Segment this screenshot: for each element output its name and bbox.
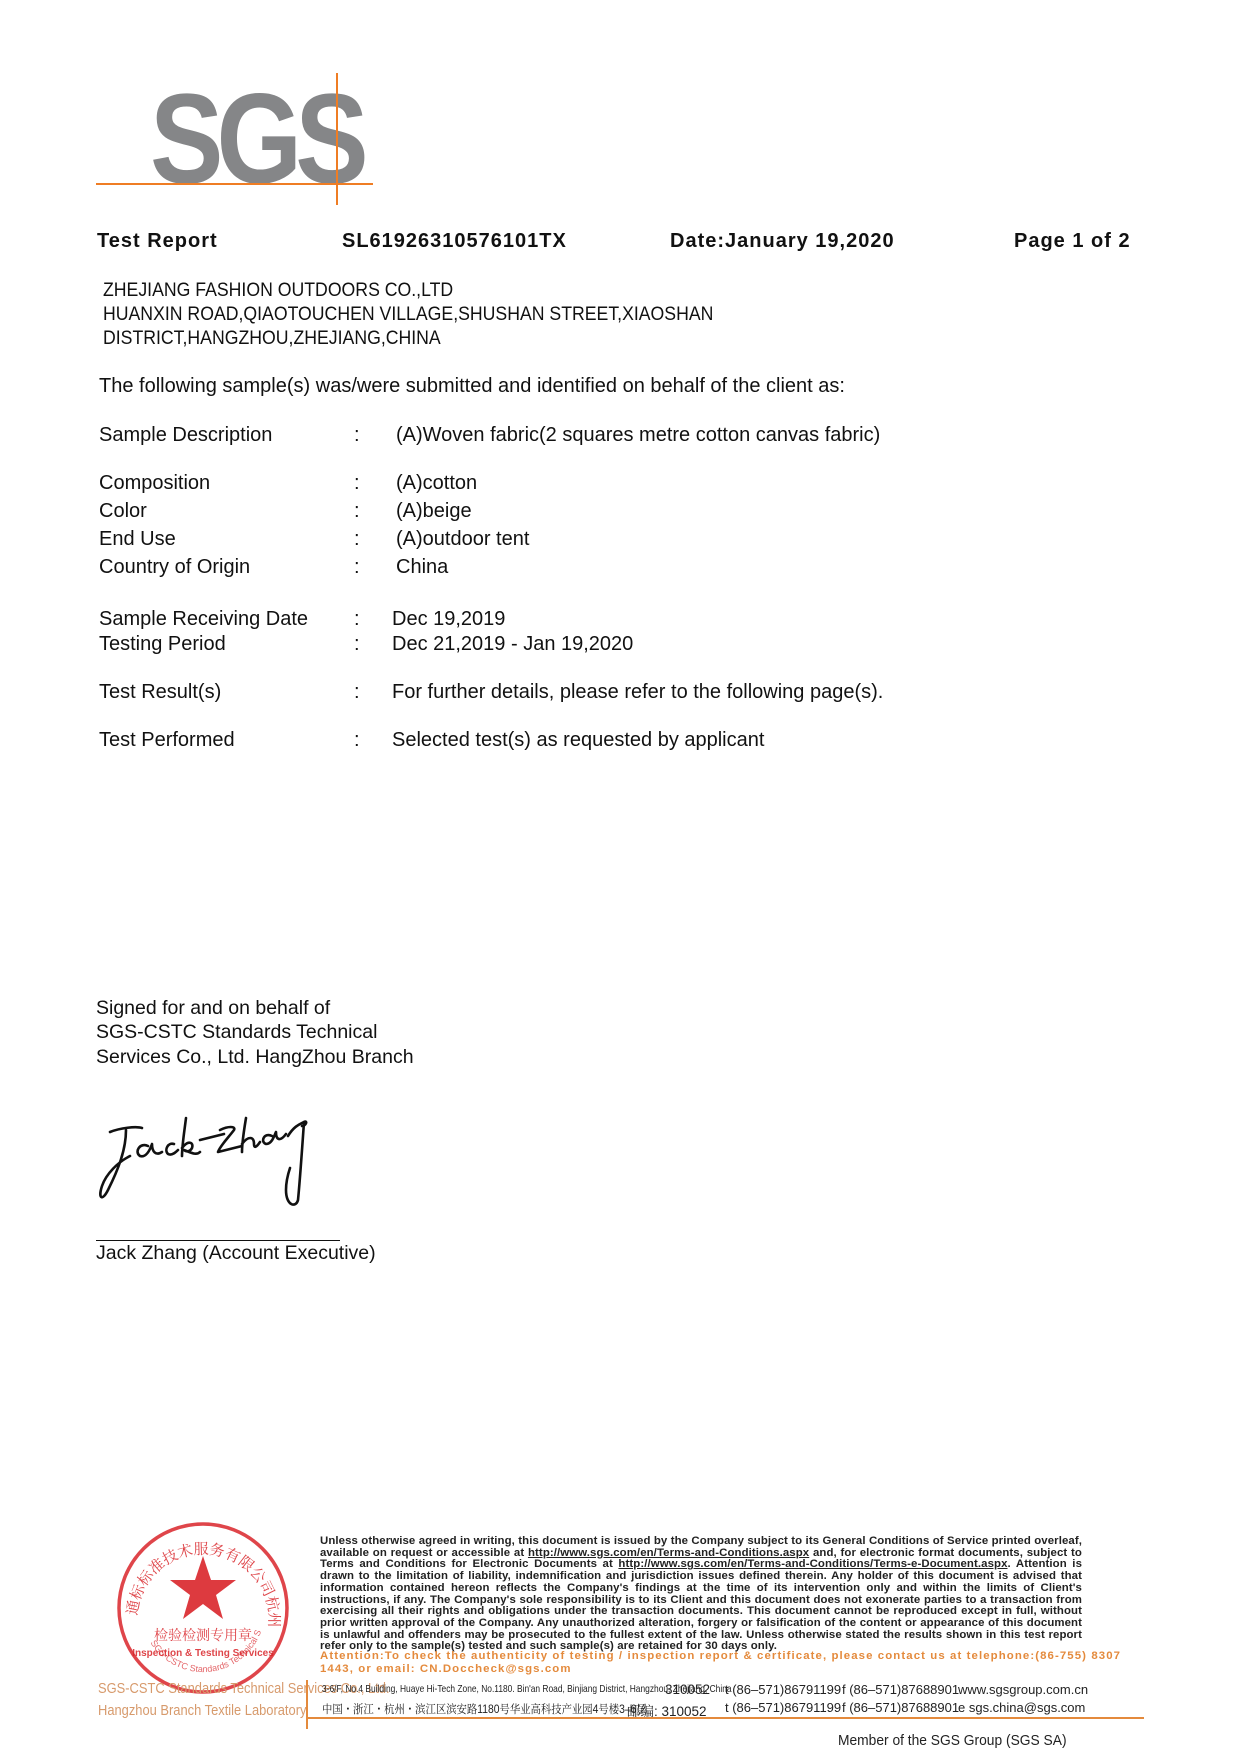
- fax: f (86–571)87688901: [842, 1700, 959, 1715]
- field-colon: :: [354, 729, 360, 752]
- legal-disclaimer: Unless otherwise agreed in writing, this…: [320, 1536, 1082, 1653]
- report-number: SL61926310576101TX: [342, 230, 567, 253]
- field-label: Composition: [99, 472, 210, 495]
- field-value: Dec 19,2019: [392, 608, 505, 631]
- client-name: ZHEJIANG FASHION OUTDOORS CO.,LTD: [103, 279, 453, 303]
- field-colon: :: [354, 472, 360, 495]
- field-colon: :: [354, 500, 360, 523]
- email: e sgs.china@sgs.com: [958, 1700, 1085, 1715]
- signed-line3: Services Co., Ltd. HangZhou Branch: [96, 1045, 414, 1070]
- field-colon: :: [354, 681, 360, 704]
- client-address-line1: HUANXIN ROAD,QIAOTOUCHEN VILLAGE,SHUSHAN…: [103, 303, 713, 327]
- website: www.sgsgroup.com.cn: [958, 1682, 1088, 1697]
- authenticity-notice-line2: 1443, or email: CN.Doccheck@sgs.com: [320, 1663, 1082, 1675]
- footer-rule-tick: [306, 1717, 308, 1729]
- field-value: Dec 21,2019 - Jan 19,2020: [392, 633, 633, 656]
- e-document-terms-link[interactable]: http://www.sgs.com/en/Terms-and-Conditio…: [618, 1558, 1007, 1570]
- report-title: Test Report: [97, 230, 218, 253]
- report-date: Date:January 19,2020: [670, 230, 895, 253]
- logo-horizontal-rule: [96, 183, 373, 185]
- authenticity-notice-line1: Attention:To check the authenticity of t…: [320, 1650, 1082, 1662]
- field-colon: :: [354, 424, 360, 447]
- star-icon: [170, 1556, 236, 1619]
- field-label: Testing Period: [99, 633, 226, 656]
- legal-text: . Attention is drawn to the limitation o…: [320, 1558, 1082, 1652]
- member-statement: Member of the SGS Group (SGS SA): [838, 1732, 1067, 1749]
- field-label: Sample Receiving Date: [99, 608, 308, 631]
- field-value: (A)cotton: [396, 472, 477, 495]
- postcode-en: 310052: [665, 1682, 710, 1697]
- field-value: Selected test(s) as requested by applica…: [392, 729, 764, 752]
- field-colon: :: [354, 528, 360, 551]
- field-value: China: [396, 556, 448, 579]
- stamp-seal: 通标标准技术服务有限公司杭州分公司 SGS-CSTC Standards Tec…: [115, 1520, 291, 1696]
- client-address-line2: DISTRICT,HANGZHOU,ZHEJIANG,CHINA: [103, 327, 441, 351]
- field-label: Country of Origin: [99, 556, 250, 579]
- intro-text: The following sample(s) was/were submitt…: [99, 375, 845, 398]
- field-value: (A)beige: [396, 500, 472, 523]
- signed-line1: Signed for and on behalf of: [96, 996, 330, 1021]
- field-value: (A)Woven fabric(2 squares metre cotton c…: [396, 424, 880, 447]
- signatory-name: Jack Zhang (Account Executive): [96, 1241, 376, 1266]
- address-cn: 中国・浙江・杭州・滨江区滨安路1180号华业高科技产业园4号楼3–6层: [322, 1701, 647, 1717]
- field-label: Test Performed: [99, 729, 235, 752]
- field-colon: :: [354, 633, 360, 656]
- fax: f (86–571)87688901: [842, 1682, 959, 1697]
- page-indicator: Page 1 of 2: [1014, 230, 1131, 253]
- field-label: Sample Description: [99, 424, 272, 447]
- signed-line2: SGS-CSTC Standards Technical: [96, 1020, 377, 1045]
- stamp-center-en: Inspection & Testing Services: [132, 1648, 274, 1659]
- stamp-caption-line2: Hangzhou Branch Textile Laboratory.: [98, 1702, 309, 1719]
- field-label: Test Result(s): [99, 681, 221, 704]
- footer-rule: [306, 1717, 1144, 1719]
- field-label: End Use: [99, 528, 176, 551]
- stamp-center-cn: 检验检测专用章: [154, 1627, 252, 1644]
- handwritten-signature: [96, 1090, 326, 1210]
- field-colon: :: [354, 608, 360, 631]
- field-value: (A)outdoor tent: [396, 528, 529, 551]
- phone: t (86–571)86791199: [725, 1682, 841, 1697]
- field-label: Color: [99, 500, 147, 523]
- terms-link[interactable]: http://www.sgs.com/en/Terms-and-Conditio…: [528, 1547, 809, 1559]
- field-value: For further details, please refer to the…: [392, 681, 883, 704]
- phone: t (86–571)86791199: [725, 1700, 841, 1715]
- logo-vertical-rule: [336, 73, 338, 205]
- field-colon: :: [354, 556, 360, 579]
